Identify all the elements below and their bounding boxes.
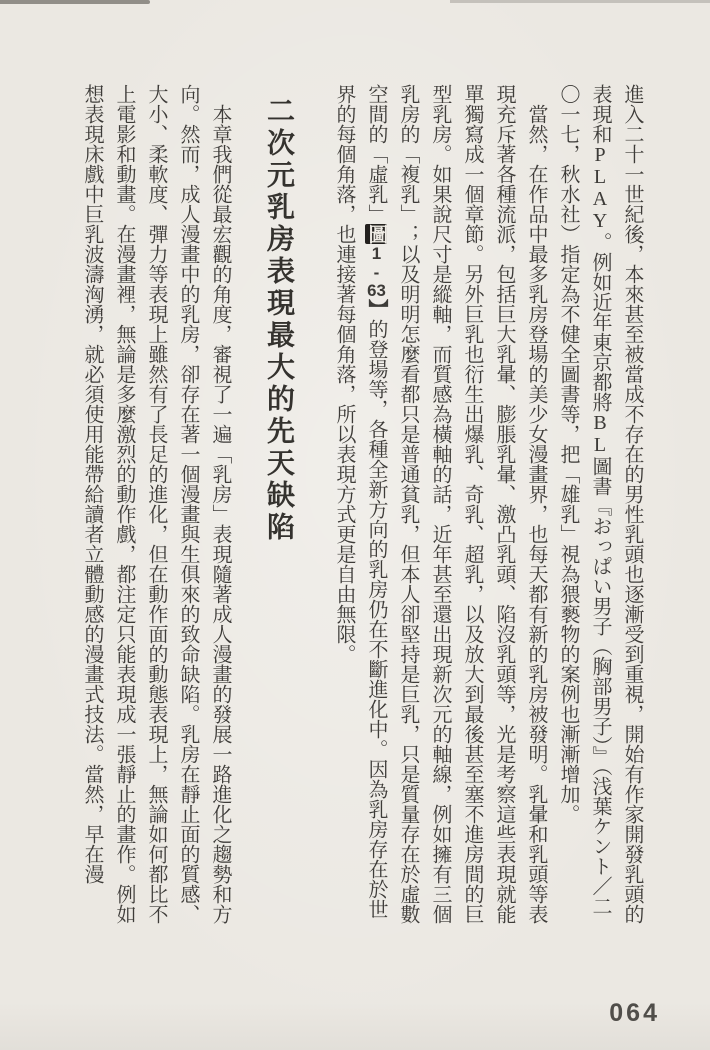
figure-number-first: 1 <box>367 244 386 263</box>
scan-shade-bottom <box>0 1002 710 1050</box>
figure-reference: 圖1-63】 <box>365 224 387 319</box>
figure-number-dash: - <box>367 263 386 282</box>
scan-edge-artifact-left <box>0 0 150 4</box>
scan-edge-artifact-right <box>450 0 710 3</box>
vertical-text-block: 進入二十一世紀後，本來甚至被當成不存在的男性乳頭也逐漸受到重視，開始有作家開發乳… <box>76 84 648 925</box>
paragraph-3: 本章我們從最宏觀的角度，審視了一遍「乳房」表現隨著成人漫畫的發展一路進化之趨勢和… <box>76 84 236 925</box>
section-heading: 二次元乳房表現最大的先天缺陷 <box>256 84 302 925</box>
page-number: 064 <box>609 999 660 1028</box>
book-page: 進入二十一世紀後，本來甚至被當成不存在的男性乳頭也逐漸受到重視，開始有作家開發乳… <box>0 0 710 1050</box>
paragraph-2-text-before: 當然，在作品中最多乳房登場的美少女漫畫界，也每天都有新的乳房被發明。乳暈和乳頭等… <box>365 84 547 924</box>
figure-bracket-close: 】 <box>365 299 387 319</box>
figure-number-second: 63 <box>367 282 386 299</box>
paragraph-2: 當然，在作品中最多乳房登場的美少女漫畫界，也每天都有新的乳房被發明。乳暈和乳頭等… <box>328 84 552 925</box>
paragraph-1: 進入二十一世紀後，本來甚至被當成不存在的男性乳頭也逐漸受到重視，開始有作家開發乳… <box>552 84 648 925</box>
figure-label-box: 圖 <box>365 224 387 244</box>
